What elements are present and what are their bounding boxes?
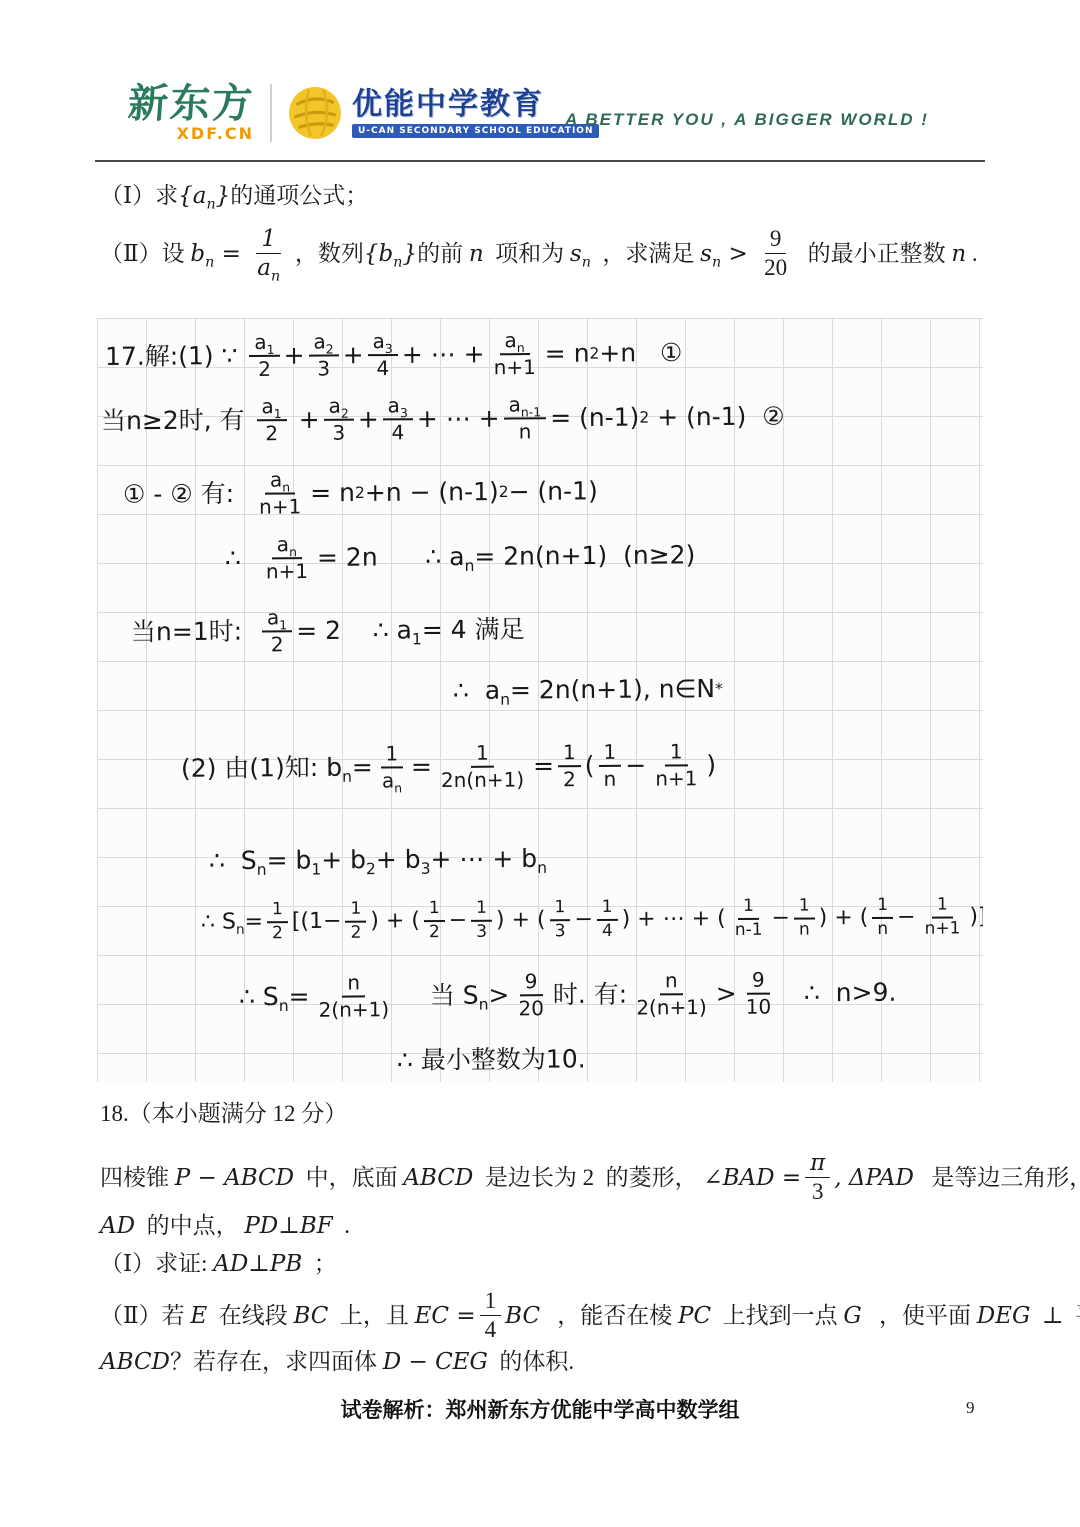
solution-line-9: ∴ Sn=12[(1−12) + (12−13) + (13−14) + ⋯ +… (201, 895, 983, 944)
brand-divider (270, 84, 272, 142)
solution-line-11: ∴ 最小整数为10. (397, 1043, 586, 1076)
document-page: 新东方 XDF.CN 优能中学教育 U-CAN SECONDARY SCHOOL… (0, 0, 1080, 1527)
globe-icon (288, 86, 342, 140)
header-rule (95, 160, 985, 162)
solution-line-8: ∴ Sn= b1+ b2+ b3+ ⋯ + bn (209, 843, 547, 877)
header-brand-block: 新东方 XDF.CN 优能中学教育 U-CAN SECONDARY SCHOOL… (128, 84, 599, 142)
problem18-heading: 18.（本小题满分 12 分） (100, 1100, 347, 1129)
solution-line-1: 17.解:(1) ∵ a12+a23+a34+ ⋯ +ann+1= n2+n ① (105, 328, 683, 382)
solution-line-6: ∴ an= 2n(n+1), n∈N* (453, 673, 723, 706)
solution-line-4: ∴ ann+1= 2n ∴ an= 2n(n+1) (n≥2) (225, 530, 696, 583)
ucan-logo: 优能中学教育 U-CAN SECONDARY SCHOOL EDUCATION (288, 86, 599, 140)
problem18-line1: 四棱锥 P − ABCD 中，底面 ABCD 是边长为 2 的菱形， ∠BAD … (100, 1150, 1080, 1206)
ucan-subtitle: U-CAN SECONDARY SCHOOL EDUCATION (352, 124, 599, 138)
xdf-domain-text: XDF.CN (177, 126, 254, 142)
problem17-part1: （Ⅰ）求{an}的通项公式； (100, 182, 368, 211)
ucan-text-block: 优能中学教育 U-CAN SECONDARY SCHOOL EDUCATION (352, 88, 599, 138)
handwritten-solution-grid: 17.解:(1) ∵ a12+a23+a34+ ⋯ +ann+1= n2+n ①… (97, 318, 983, 1082)
xdf-logo-text: 新东方 (127, 84, 256, 124)
solution-line-3: ① - ② 有: ann+1= n2+n − (n-1)2− (n-1) (123, 466, 598, 519)
solution-line-2: 当n≥2时, 有 a12 +a23+a34+ ⋯ +an-1n= (n-1)2 … (101, 392, 785, 447)
problem18-line5: ABCD？若存在，求四面体 D − CEG 的体积. (100, 1348, 574, 1377)
solution-line-5: 当n=1时: a12= 2 ∴ a1= 4 满足 (131, 605, 525, 658)
footer-attribution: 试卷解析：郑州新东方优能中学高中数学组 (0, 1394, 1080, 1424)
page-number: 9 (966, 1398, 975, 1418)
solution-line-7: (2) 由(1)知: bn=1an=12n(n+1)=12(1n−1n+1) (181, 740, 716, 794)
ucan-title: 优能中学教育 (352, 88, 599, 121)
header-tagline: A BETTER YOU , A BIGGER WORLD ! (565, 110, 929, 130)
problem17-part2: （Ⅱ）设 bn = 1an ，数列{bn}的前 n 项和为 sn ，求满足 sn… (100, 226, 978, 282)
problem18-line3: （Ⅰ）求证: AD⊥PB ； (100, 1250, 337, 1279)
xdf-logo: 新东方 XDF.CN (128, 84, 254, 142)
problem18-line4: （Ⅱ）若 E 在线段 BC 上，且 EC =14BC ，能否在棱 PC 上找到一… (100, 1288, 1080, 1344)
problem18-line2: AD 的中点， PD⊥BF . (100, 1212, 350, 1241)
solution-line-10: ∴ Sn=n2(n+1) 当 Sn>920时. 有:n2(n+1)>910 ∴ … (239, 968, 897, 1023)
